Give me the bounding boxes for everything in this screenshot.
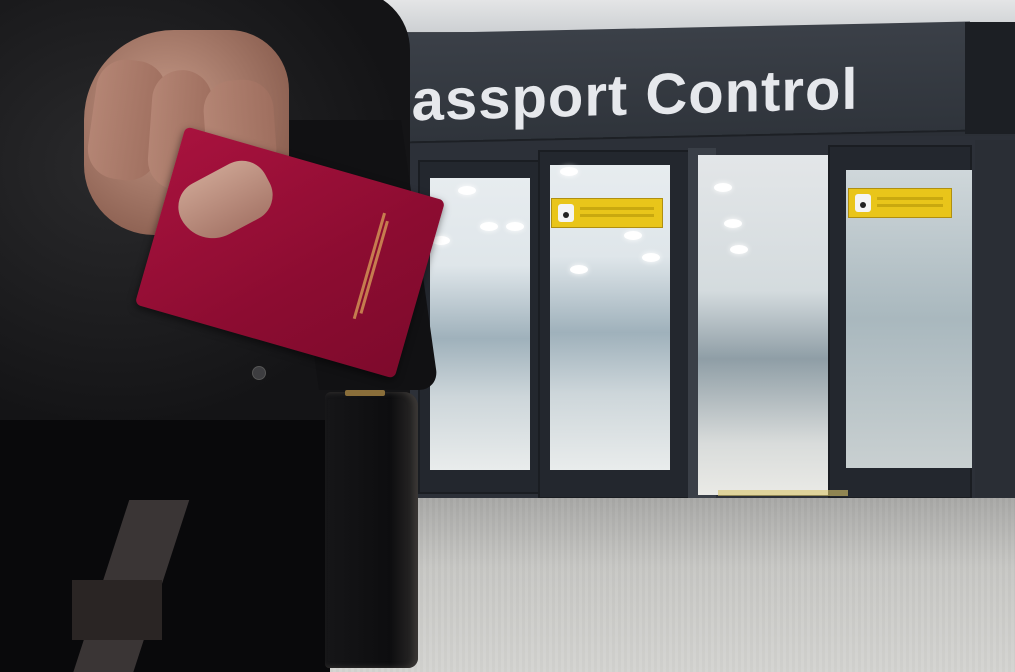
briefcase-clasp: [345, 390, 385, 396]
sign-text-lines: [877, 197, 943, 200]
leather-briefcase: [325, 392, 418, 668]
pictogram-icon: [558, 204, 574, 222]
glass-panel-1: [430, 178, 530, 470]
door-sign-yellow-2: [848, 188, 952, 218]
ceiling-light: [458, 186, 476, 195]
ceiling-light: [506, 222, 524, 231]
pictogram-icon: [855, 194, 871, 212]
briefcase-shadow: [72, 580, 162, 640]
passport-gold-text: [360, 221, 389, 314]
floor-threshold-line: [718, 490, 848, 496]
door-sign-yellow-1: [551, 198, 663, 228]
ceiling-light: [730, 245, 748, 254]
sign-text: Passport Control: [372, 56, 859, 136]
coat-button: [252, 366, 266, 380]
passport-gold-text: [353, 213, 386, 320]
ceiling-light: [642, 253, 660, 262]
open-doorway: [698, 155, 830, 495]
photo-scene: Passport Control: [0, 0, 1015, 672]
ceiling-light: [724, 219, 742, 228]
pillar-right: [975, 140, 1015, 500]
ceiling-light: [714, 183, 732, 192]
ceiling-light: [560, 167, 578, 176]
sign-text-lines: [580, 207, 654, 210]
ceiling-light: [570, 265, 588, 274]
ceiling-light: [624, 231, 642, 240]
sign-end-cap: [965, 22, 1015, 134]
ceiling-light: [480, 222, 498, 231]
